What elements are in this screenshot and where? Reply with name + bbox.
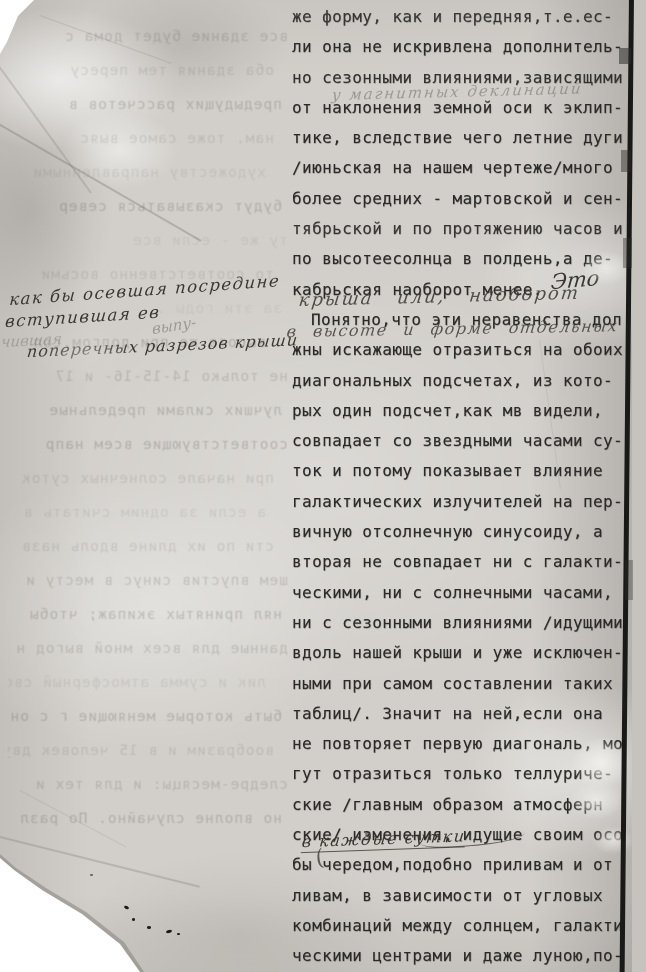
scanned-manuscript-page: все здание будет дома соба здания тем пе… xyxy=(0,0,646,972)
edge-blotch xyxy=(619,48,631,64)
typed-line: ток и потому показывает влияние xyxy=(292,456,632,486)
bleedthrough-line: но вполне случайно. По разл xyxy=(8,802,288,836)
typed-line: не повторяет первую диагональ, мо xyxy=(292,729,632,759)
typed-line: /июньская на нашем чертеже/много xyxy=(292,153,632,183)
typed-line: вдоль нашей крыши и уже исключен- xyxy=(292,638,632,668)
typed-line: ские /главным образом атмосферн xyxy=(292,790,632,820)
typed-line: бы чередом,подобно приливам и от xyxy=(292,850,632,880)
bleedthrough-line: лучших силами предельные xyxy=(8,394,288,428)
ink-speck xyxy=(147,926,151,929)
bleedthrough-line: а если за одним считать в xyxy=(8,496,288,530)
typed-line: тике, вследствие чего летние дуги xyxy=(292,123,632,153)
bleedthrough-line: лик и сумма атмосферный своб xyxy=(8,666,288,700)
bleedthrough-line: быть которые меняющие г с он xyxy=(8,700,288,734)
bleedthrough-line: все здание будет дома с xyxy=(8,20,288,54)
typed-line: рых один подсчет,как мв видели, xyxy=(292,396,632,426)
bleedthrough-line: не только 14-15-16- и 17 xyxy=(8,360,288,394)
bleedthrough-column: все здание будет дома соба здания тем пе… xyxy=(8,20,288,840)
typed-line: таблиц/. Значит на ней,если она xyxy=(292,699,632,729)
bleedthrough-line: сти по их длине вдоль назв xyxy=(8,530,288,564)
bleedthrough-line: при начале солнечных суток xyxy=(8,462,288,496)
bleedthrough-line: данные для всех мной выгод н xyxy=(8,632,288,666)
bleedthrough-line: соответствующие всем напр xyxy=(8,428,288,462)
edge-blotch xyxy=(623,238,632,268)
typed-line: ными при самом составлении таких xyxy=(292,669,632,699)
bleedthrough-line: вообразим и в 15 человек дву xyxy=(8,734,288,768)
edge-blotch xyxy=(625,560,633,600)
bleedthrough-line: шем впустив синус в месту и xyxy=(8,564,288,598)
typed-line: комбинаций между солнцем, галакти xyxy=(292,911,632,941)
typed-line: тябрьской и по протяжению часов и xyxy=(292,214,632,244)
typed-line: ческими, ни с солнечными часами, xyxy=(292,578,632,608)
bleedthrough-line: художеству направленными xyxy=(8,156,288,190)
typed-line: вторая не совпадает ни с галакти- xyxy=(292,547,632,577)
typed-line: ни с сезонными влияниями /идущими xyxy=(292,608,632,638)
bleedthrough-line: будут сказываться север xyxy=(8,190,288,224)
typed-line: галактических излучителей на пер- xyxy=(292,487,632,517)
typed-line: более средних - мартовской и сен- xyxy=(292,184,632,214)
bleedthrough-line: предыдущих рассчетов в xyxy=(8,88,288,122)
typed-line: вичную отсолнечную синусоиду, а xyxy=(292,517,632,547)
bleedthrough-line: оба здания тем пересу xyxy=(8,54,288,88)
typed-line: ческими центрами и даже луною,по- xyxy=(292,941,632,971)
bleedthrough-line: ту же - если все xyxy=(8,224,288,258)
ink-speck xyxy=(177,933,180,935)
edge-blotch xyxy=(621,150,631,172)
typed-line: диагональных подсчетах, из кото- xyxy=(292,366,632,396)
ink-speck xyxy=(90,874,93,876)
typed-line: совпадает со звездными часами су- xyxy=(292,426,632,456)
typed-line: ливам, в зависимости от угловых xyxy=(292,881,632,911)
typed-line: ли она не искривлена дополнитель- xyxy=(292,32,632,62)
bleedthrough-line: следре-месяцы: и для тех и xyxy=(8,768,288,802)
ink-speck xyxy=(132,918,135,921)
typed-line: же форму, как и передняя,т.е.ес- xyxy=(292,2,632,32)
typed-line: гут отразиться только теллуриче- xyxy=(292,759,632,789)
bleedthrough-line: нам. тоже самое выяс xyxy=(8,122,288,156)
bleedthrough-line: нял принятых экипаж; чтобы xyxy=(8,598,288,632)
page-edge-margin xyxy=(632,0,646,972)
